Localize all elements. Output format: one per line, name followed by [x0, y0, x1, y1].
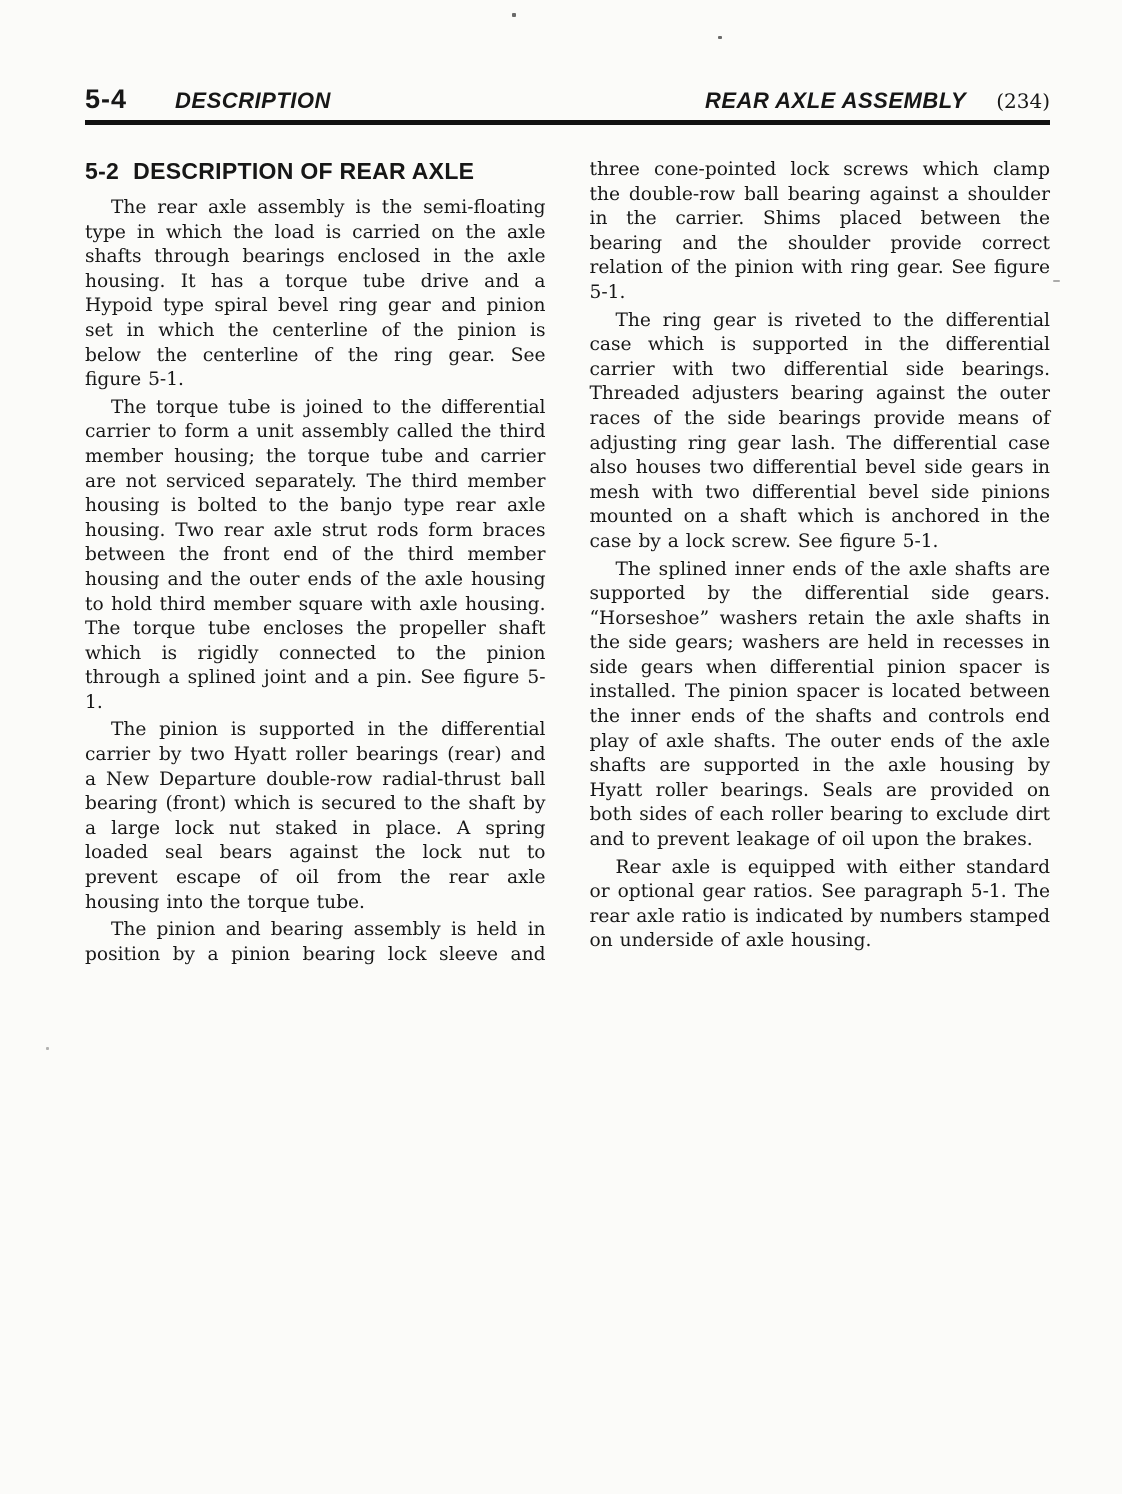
page-content: 5-4 DESCRIPTION REAR AXLE ASSEMBLY (234)… — [0, 0, 1122, 970]
paragraph: three cone-pointed lock screws which cla… — [590, 158, 1051, 306]
header-right: REAR AXLE ASSEMBLY (234) — [705, 88, 1050, 114]
scan-speck — [512, 13, 516, 17]
section-heading: 5-2DESCRIPTION OF REAR AXLE — [85, 158, 546, 185]
running-header: 5-4 DESCRIPTION REAR AXLE ASSEMBLY (234) — [85, 84, 1050, 125]
paragraph: The pinion and bearing assembly is held … — [85, 918, 546, 967]
header-section-number: 5-4 — [85, 84, 127, 115]
paragraph: The rear axle assembly is the semi-float… — [85, 196, 546, 393]
paragraph: The torque tube is joined to the differe… — [85, 396, 546, 716]
header-left: 5-4 DESCRIPTION — [85, 84, 331, 115]
paragraph: Rear axle is equipped with either standa… — [590, 856, 1051, 954]
text-columns: 5-2DESCRIPTION OF REAR AXLE The rear axl… — [85, 158, 1050, 970]
scan-speck — [46, 1047, 49, 1050]
paragraph: The pinion is supported in the different… — [85, 718, 546, 915]
header-page-number: (234) — [996, 89, 1050, 113]
section-number: 5-2 — [85, 158, 119, 184]
scan-speck — [718, 36, 722, 39]
paragraph: The ring gear is riveted to the differen… — [590, 309, 1051, 555]
section-title: DESCRIPTION OF REAR AXLE — [133, 158, 474, 184]
right-column: three cone-pointed lock screws which cla… — [590, 158, 1051, 970]
scan-speck — [1053, 280, 1060, 282]
manual-page: 5-4 DESCRIPTION REAR AXLE ASSEMBLY (234)… — [0, 0, 1122, 1494]
header-left-title: DESCRIPTION — [175, 88, 331, 114]
paragraph: The splined inner ends of the axle shaft… — [590, 558, 1051, 853]
header-right-title: REAR AXLE ASSEMBLY — [705, 88, 966, 114]
left-column: 5-2DESCRIPTION OF REAR AXLE The rear axl… — [85, 158, 546, 970]
